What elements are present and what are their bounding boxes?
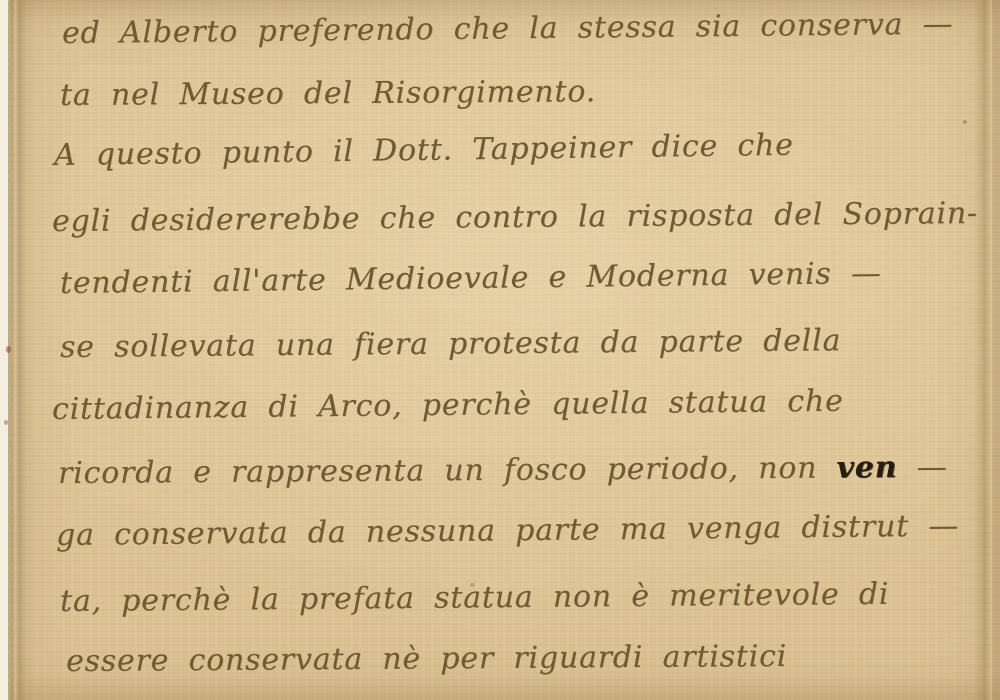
handwritten-line-8: ricorda e rappresenta un fosco periodo, … — [58, 450, 948, 491]
handwritten-line-11: essere conservata nè per riguardi artist… — [66, 639, 787, 679]
line-8-end-dash: — — [897, 450, 947, 485]
handwritten-line-6: se sollevata una fiera protesta da parte… — [60, 323, 841, 365]
line-8-text: ricorda e rappresenta un fosco periodo, … — [58, 451, 837, 491]
handwritten-line-10: ta, perchè la prefata statua non è merit… — [60, 577, 889, 619]
letter-scan: ed Alberto preferendo che la stessa sia … — [0, 0, 1000, 700]
line-8-overwritten-word: ven — [836, 450, 897, 485]
handwritten-line-2: ta nel Museo del Risorgimento. — [60, 74, 596, 113]
scan-left-edge — [0, 0, 10, 700]
